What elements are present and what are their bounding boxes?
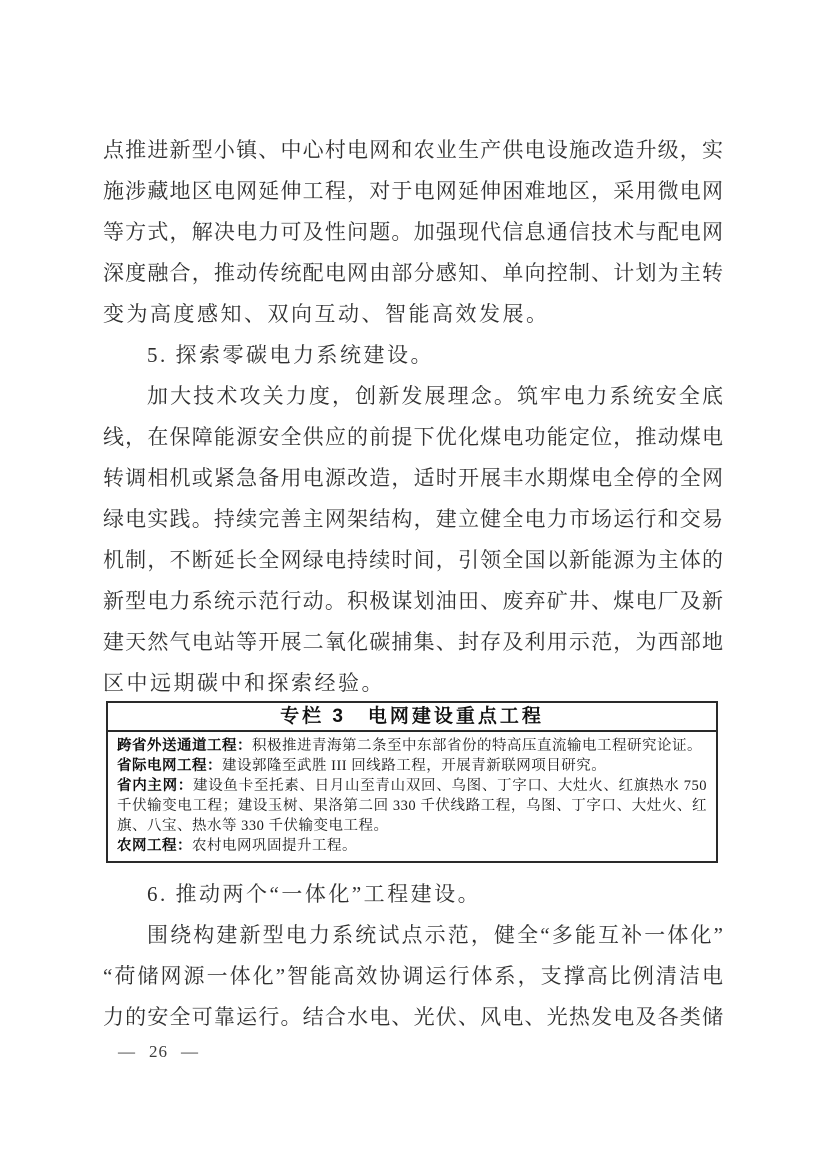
box-item: 省内主网：建设鱼卡至托素、日月山至青山双回、乌图、丁字口、大灶火、红旗热水 75…: [117, 776, 707, 836]
text-line: 新型电力系统示范行动。积极谋划油田、废弃矿井、煤电厂及新: [103, 581, 723, 622]
text-line: 绿电实践。持续完善主网架结构，建立健全电力市场运行和交易: [103, 499, 723, 540]
text-line: “荷储网源一体化”智能高效协调运行体系，支撑高比例清洁电: [103, 956, 723, 997]
page-number-footer: — 26 —: [118, 1042, 199, 1062]
box-item: 省际电网工程：建设郭隆至武胜 III 回线路工程，开展青新联网项目研究。: [117, 756, 707, 776]
document-page: 点推进新型小镇、中心村电网和农业生产供电设施改造升级，实施涉藏地区电网延伸工程，…: [0, 0, 827, 1169]
text-line: 5. 探索零碳电力系统建设。: [103, 335, 723, 376]
box-item: 农网工程：农村电网巩固提升工程。: [117, 836, 707, 856]
text-line: 转调相机或紧急备用电源改造，适时开展丰水期煤电全停的全网: [103, 458, 723, 499]
box-item-text: 建设郭隆至武胜 III 回线路工程，开展青新联网项目研究。: [222, 758, 606, 774]
box-item-text: 农村电网巩固提升工程。: [192, 838, 357, 854]
text-line: 建天然气电站等开展二氧化碳捕集、封存及利用示范，为西部地: [103, 622, 723, 663]
box-item-label: 跨省外送通道工程：: [117, 738, 252, 754]
text-line: 点推进新型小镇、中心村电网和农业生产供电设施改造升级，实: [103, 130, 723, 171]
box-item-text: 建设鱼卡至托素、日月山至青山双回、乌图、丁字口、大灶火、红旗热水 750 千伏输…: [117, 778, 707, 834]
page-number: 26: [149, 1042, 168, 1062]
footer-dash-right: —: [181, 1042, 199, 1062]
box-item-label: 省内主网：: [117, 778, 193, 794]
body-paragraphs-bottom: 6. 推动两个“一体化”工程建设。围绕构建新型电力系统试点示范，健全“多能互补一…: [103, 874, 723, 1038]
text-line: 加大技术攻关力度，创新发展理念。筑牢电力系统安全底: [103, 376, 723, 417]
box-item-label: 省际电网工程：: [117, 758, 222, 774]
box-body: 跨省外送通道工程：积极推进青海第二条至中东部省份的特高压直流输电工程研究论证。 …: [108, 732, 716, 861]
box-item-text: 积极推进青海第二条至中东部省份的特高压直流输电工程研究论证。: [252, 738, 702, 754]
highlight-box: 专栏 3 电网建设重点工程 跨省外送通道工程：积极推进青海第二条至中东部省份的特…: [106, 701, 718, 863]
text-line: 机制，不断延长全网绿电持续时间，引领全国以新能源为主体的: [103, 540, 723, 581]
text-line: 线，在保障能源安全供应的前提下优化煤电功能定位，推动煤电: [103, 417, 723, 458]
text-line: 6. 推动两个“一体化”工程建设。: [103, 874, 723, 915]
text-line: 等方式，解决电力可及性问题。加强现代信息通信技术与配电网: [103, 212, 723, 253]
body-paragraphs-top: 点推进新型小镇、中心村电网和农业生产供电设施改造升级，实施涉藏地区电网延伸工程，…: [103, 130, 723, 704]
text-line: 力的安全可靠运行。结合水电、光伏、风电、光热发电及各类储: [103, 997, 723, 1038]
text-line: 深度融合，推动传统配电网由部分感知、单向控制、计划为主转: [103, 253, 723, 294]
text-line: 施涉藏地区电网延伸工程，对于电网延伸困难地区，采用微电网: [103, 171, 723, 212]
text-line: 变为高度感知、双向互动、智能高效发展。: [103, 294, 723, 335]
box-title: 专栏 3 电网建设重点工程: [108, 703, 716, 732]
text-line: 围绕构建新型电力系统试点示范，健全“多能互补一体化”: [103, 915, 723, 956]
footer-dash-left: —: [118, 1042, 136, 1062]
box-item: 跨省外送通道工程：积极推进青海第二条至中东部省份的特高压直流输电工程研究论证。: [117, 736, 707, 756]
box-item-label: 农网工程：: [117, 838, 192, 854]
text-line: 区中远期碳中和探索经验。: [103, 663, 723, 704]
